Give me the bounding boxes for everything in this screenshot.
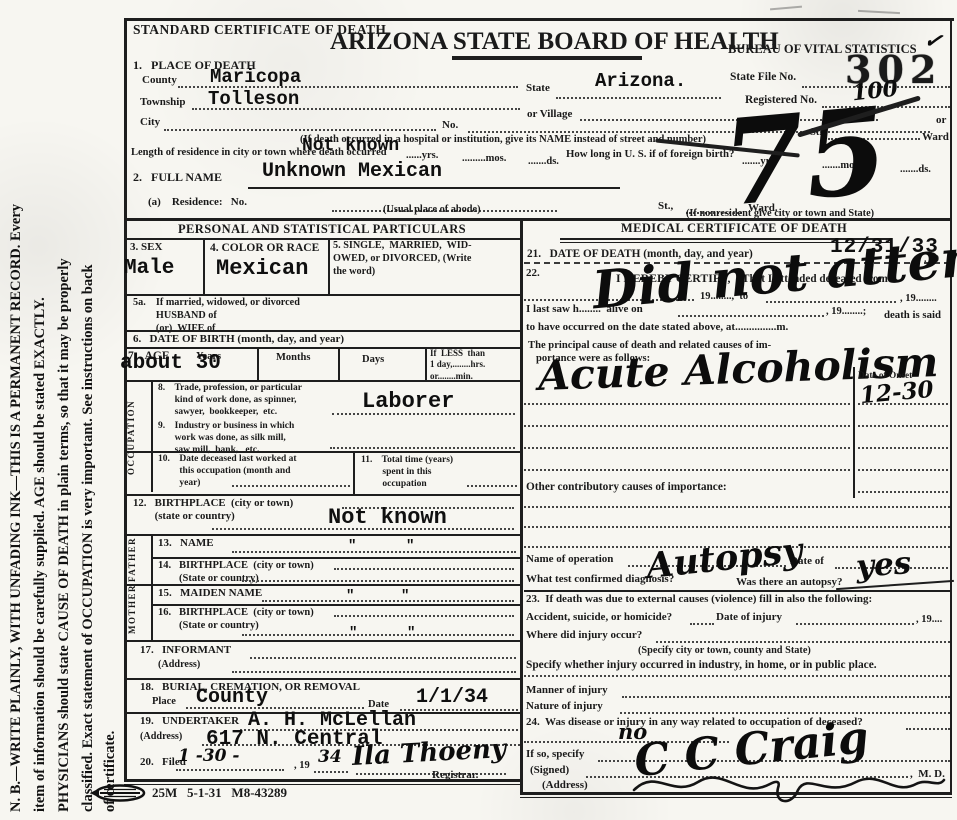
leader-line — [334, 615, 514, 617]
township-value: Tolleson — [208, 88, 299, 110]
leader-line — [858, 403, 948, 405]
injury-19-label: , 19.... — [916, 613, 942, 626]
margin-note-line: PHYSICIANS should state CAUSE OF DEATH i… — [56, 258, 73, 812]
printers-union-bug — [88, 784, 146, 802]
county-label: County — [142, 74, 177, 88]
leader-line — [524, 469, 850, 471]
title-underline — [452, 56, 642, 60]
or-village-label: or Village — [527, 108, 572, 122]
rule — [124, 294, 522, 296]
pen-stroke — [770, 6, 802, 11]
operation-label: Name of operation — [526, 553, 613, 567]
leader-line — [176, 769, 284, 771]
city-label: City — [140, 116, 160, 130]
full-name-value: Unknown Mexican — [262, 160, 442, 183]
leader-line — [656, 641, 950, 643]
filed-19-label: , 19 — [294, 759, 310, 772]
leader-line — [232, 551, 516, 553]
residence-label: (a) Residence: No. — [148, 196, 247, 210]
race-value: Mexican — [216, 256, 308, 281]
ditto-mark: ″ — [349, 625, 357, 641]
form-print-code: 25M 5-1-31 M8-43289 — [152, 785, 287, 801]
full-name-label: 2. FULL NAME — [133, 170, 222, 185]
rule — [257, 347, 259, 380]
specify-city-note: (Specify city or town, county and State) — [638, 645, 811, 658]
leader-line — [906, 728, 950, 730]
signed-address-label: (Address) — [542, 779, 588, 793]
ward-label: Ward — [922, 131, 949, 145]
ditto-mark: ″ — [406, 538, 414, 554]
leader-line — [232, 485, 350, 487]
rule — [124, 451, 522, 453]
age-less-than-label: If LESS than 1 day,........hrs. or......… — [430, 348, 485, 382]
burial-place-value: County — [196, 686, 268, 709]
leader-line — [858, 447, 948, 449]
specify-injury-label: Specify whether injury occurred in indus… — [526, 658, 877, 672]
leader-line — [250, 657, 516, 659]
st2-label: St., — [658, 200, 673, 214]
leader-line — [400, 709, 518, 711]
rule — [124, 380, 522, 382]
ds-label: .......ds. — [528, 155, 559, 168]
leader-line — [524, 403, 850, 405]
informant-label: 17. INFORMANT — [140, 644, 231, 658]
leader-line — [467, 485, 517, 487]
if-so-specify-label: If so, specify — [526, 748, 584, 762]
occupation-total-time-label: 11. Total time (years) spent in this occ… — [361, 455, 453, 491]
external-causes-label: 23. If death was due to external causes … — [526, 593, 872, 607]
rule — [124, 584, 522, 586]
margin-note-line: classified. Exact statement of OCCUPATIO… — [80, 264, 97, 812]
age-days-label: Days — [362, 353, 384, 366]
leader-line — [524, 506, 950, 508]
residence-length-value: Not known — [302, 136, 399, 156]
injury-date-label: Date of injury — [716, 611, 782, 625]
leader-line — [524, 526, 950, 528]
rule — [328, 238, 330, 294]
leader-line — [678, 315, 824, 317]
last-saw-19-label: , 19........; — [826, 305, 866, 318]
birthplace-value: Not known — [328, 505, 447, 530]
occupation-trade-label: 8. Trade, profession, or particular kind… — [158, 383, 302, 419]
leader-line — [356, 773, 506, 775]
mother-maiden-name-label: 15. MAIDEN NAME — [158, 587, 262, 601]
or-label: or — [936, 114, 946, 128]
accident-label: Accident, suicide, or homicide? — [526, 611, 672, 625]
abode-note: (Usual place of abode) — [383, 204, 481, 217]
leader-line — [330, 447, 515, 449]
rule — [248, 187, 620, 189]
form-border-top — [124, 18, 954, 21]
rule — [124, 678, 522, 680]
leader-line — [242, 580, 514, 582]
state-value: Arizona. — [595, 70, 686, 92]
personal-section-title: PERSONAL AND STATISTICAL PARTICULARS — [124, 222, 520, 238]
filed-year-value: 34 — [318, 749, 342, 766]
father-name-label: 13. NAME — [158, 537, 214, 551]
sex-label: 3. SEX — [130, 241, 162, 255]
ds2-label: .......ds. — [900, 163, 931, 176]
leader-line — [858, 491, 948, 493]
registrar-signature: Ila Thoeny — [351, 736, 506, 770]
leader-line — [524, 675, 950, 677]
informant-address-label: (Address) — [158, 659, 200, 672]
occupation-trade-value: Laborer — [362, 389, 454, 414]
ditto-mark: ″ — [407, 625, 415, 641]
page-title: ARIZONA STATE BOARD OF HEALTH — [330, 26, 710, 57]
mother-birthplace-label: 16. BIRTHPLACE (city or town) (State or … — [158, 606, 314, 632]
contributory-causes-label: Other contributory causes of importance: — [526, 480, 727, 494]
age-value: about 30 — [120, 352, 221, 375]
leader-line — [620, 712, 950, 714]
pen-stroke — [858, 10, 900, 14]
occupation-vertical-label: OCCUPATION — [126, 382, 143, 492]
occurred-label: to have occurred on the date stated abov… — [526, 321, 788, 335]
marital-label: 5. SINGLE, MARRIED, WID- OWED, or DIVORC… — [333, 240, 472, 278]
row22-number: 22. — [526, 267, 540, 281]
margin-note-line: N. B.—WRITE PLAINLY, WITH UNFADING INK—T… — [8, 204, 25, 812]
us-length-label: How long in U. S. if of foreign birth? — [566, 148, 734, 161]
leader-line — [242, 634, 514, 636]
rule — [203, 238, 205, 294]
rule — [425, 347, 427, 380]
rule — [151, 534, 153, 584]
margin-note-line: item of information should be carefully … — [32, 297, 49, 812]
leader-line — [858, 469, 948, 471]
nature-of-injury-label: Nature of injury — [526, 700, 603, 714]
filed-date-value: 1 -30 - — [178, 748, 239, 765]
burial-date-value: 1/1/34 — [416, 686, 488, 709]
township-label: Township — [140, 96, 185, 110]
registrar-label: Registrar. — [432, 769, 478, 783]
mos-label: .........mos. — [462, 152, 506, 165]
state-file-label: State File No. — [730, 70, 796, 84]
birthplace-label: 12. BIRTHPLACE (city or town) (state or … — [133, 497, 293, 524]
age-months-label: Months — [276, 351, 310, 364]
mother-vertical-label: MOTHER — [127, 588, 142, 634]
dob-label: 6. DATE OF BIRTH (month, day, and year) — [133, 333, 344, 347]
rule — [151, 584, 153, 640]
state-label: State — [526, 82, 550, 96]
leader-line — [232, 671, 516, 673]
undertaker-address-label: (Address) — [140, 731, 182, 744]
father-vertical-label: FATHER — [127, 536, 142, 582]
rule — [338, 347, 340, 380]
sex-value: Male — [124, 257, 174, 280]
leader-line — [334, 568, 514, 570]
ditto-mark: ″ — [348, 538, 356, 554]
death-said-label: death is said — [884, 309, 941, 322]
leader-line — [524, 447, 850, 449]
rule — [124, 330, 522, 332]
street-no-label: No. — [442, 119, 458, 133]
address-signature-scribble — [628, 760, 948, 808]
burial-place-label: Place — [152, 695, 176, 708]
form-border-right — [950, 18, 952, 792]
leader-line — [524, 425, 850, 427]
manner-of-injury-label: Manner of injury — [526, 684, 608, 698]
county-value: Maricopa — [210, 66, 301, 88]
column-divider-rule — [520, 218, 523, 794]
undertaker-label: 19. UNDERTAKER — [140, 715, 239, 729]
leader-line — [622, 696, 950, 698]
where-injury-label: Where did injury occur? — [526, 629, 642, 643]
rule — [353, 451, 355, 494]
autopsy-value: yes — [855, 548, 912, 583]
rule — [151, 380, 153, 492]
leader-line — [262, 600, 514, 602]
leader-line — [212, 528, 514, 530]
race-label: 4. COLOR OR RACE — [210, 241, 319, 255]
rule — [124, 534, 522, 536]
death-certificate-scan: N. B.—WRITE PLAINLY, WITH UNFADING INK—T… — [0, 0, 957, 820]
onset-box-rule — [853, 367, 855, 498]
signed-label: (Signed) — [530, 764, 569, 778]
rule — [124, 640, 522, 642]
leader-line — [164, 129, 436, 131]
rule — [124, 494, 522, 496]
rule — [524, 590, 952, 592]
autopsy-label: Was there an autopsy? — [736, 576, 842, 590]
leader-line — [690, 623, 714, 625]
leader-line — [314, 771, 348, 773]
leader-line — [556, 97, 721, 99]
leader-line — [796, 623, 914, 625]
leader-line — [858, 425, 948, 427]
